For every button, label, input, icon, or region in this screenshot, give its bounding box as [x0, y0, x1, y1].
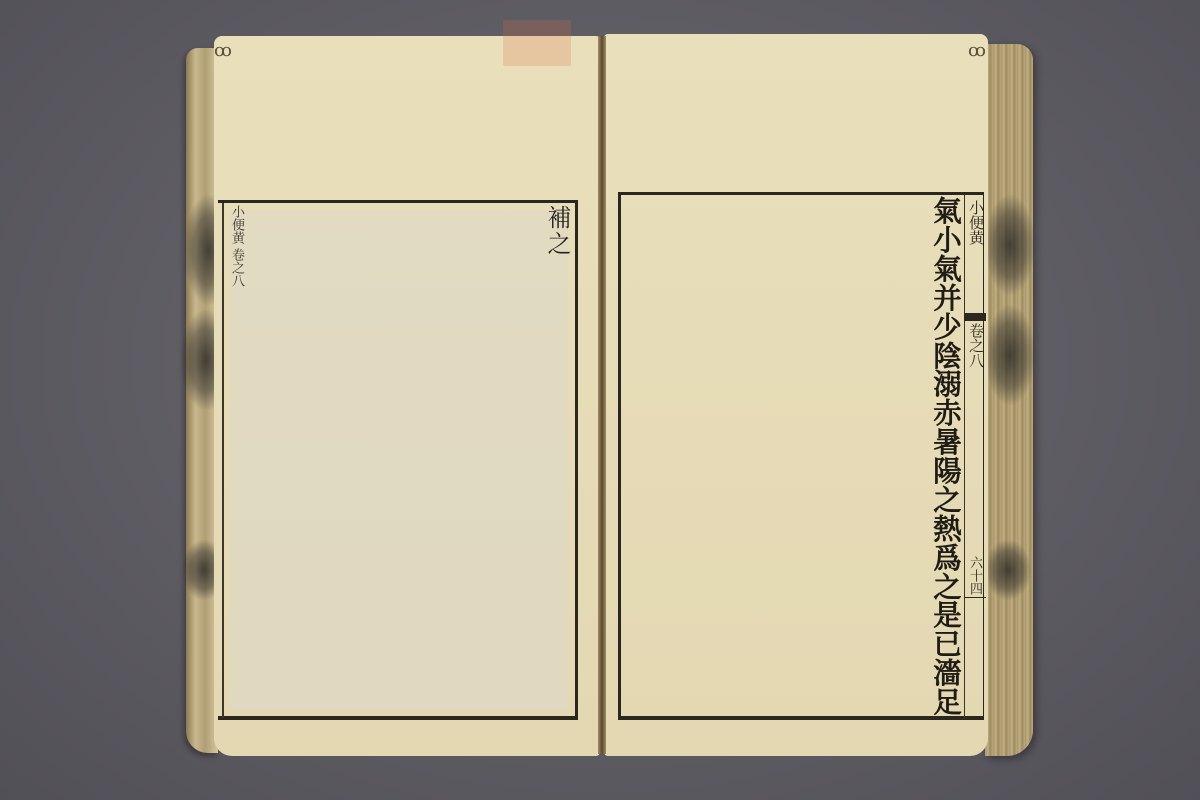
open-book: ꝏ ꝏ 小便黄 卷之八 補之 氣小便黄有二 一屬風經云厥陰之勝胠脇 氣并化而爲熱… [0, 0, 1200, 800]
left-fold-line [222, 203, 224, 718]
left-corner-mark: ꝏ [214, 40, 232, 61]
archive-seal-watermark [503, 20, 571, 66]
text-column-8: 是已 小便黄無奴黄蘗知母効 脉經云尺 [927, 600, 965, 658]
text-column-6: 之熱也 邪之所在皆爲不足中氣不足溲便 [927, 485, 965, 543]
text-column-4: 溺赤善驚又云陽明司天燥氣下臨暴熱至乃 [927, 369, 965, 427]
left-page-frame [218, 200, 578, 720]
text-column-2: 氣并化而爲熱小便黄赤是也 二屬熱經云 [927, 254, 965, 312]
text-column-5: 暑陽氣鬱發小便變是也蓋暴熱謂地氣少陰 [927, 427, 965, 485]
banxin-volume: 卷之八 [968, 323, 984, 368]
fishtail-mark-icon [964, 313, 986, 321]
page-number: 六十四 [967, 556, 982, 595]
text-column-1: 氣小便黄有二 一屬風經云厥陰之勝胠脇 [927, 196, 965, 254]
banxin-title: 小便黄 [968, 200, 984, 245]
text-column-7: 爲之變補足外踝下留之用藥則補中益氣湯 [927, 543, 965, 601]
ink-smudge [985, 305, 1035, 405]
left-page-text-column: 補之 [536, 205, 576, 257]
banxin-column [964, 195, 986, 719]
left-fold-text: 小便黄 卷之八 [226, 205, 244, 287]
ink-smudge [985, 540, 1031, 600]
text-column-3: 少陰司天熱淫所勝病溺色變又云少陽之勝 [927, 312, 965, 370]
text-column-9: 濇足脛逆冷小便赤宜服附子四逆湯足太衝 [927, 658, 965, 716]
right-page-text-block: 氣小便黄有二 一屬風經云厥陰之勝胠脇 氣并化而爲熱小便黄赤是也 二屬熱經云 少陰… [624, 196, 964, 716]
right-corner-mark: ꝏ [968, 40, 986, 61]
book-gutter [598, 36, 606, 754]
ink-smudge [985, 195, 1035, 295]
banxin-divider [964, 597, 986, 598]
